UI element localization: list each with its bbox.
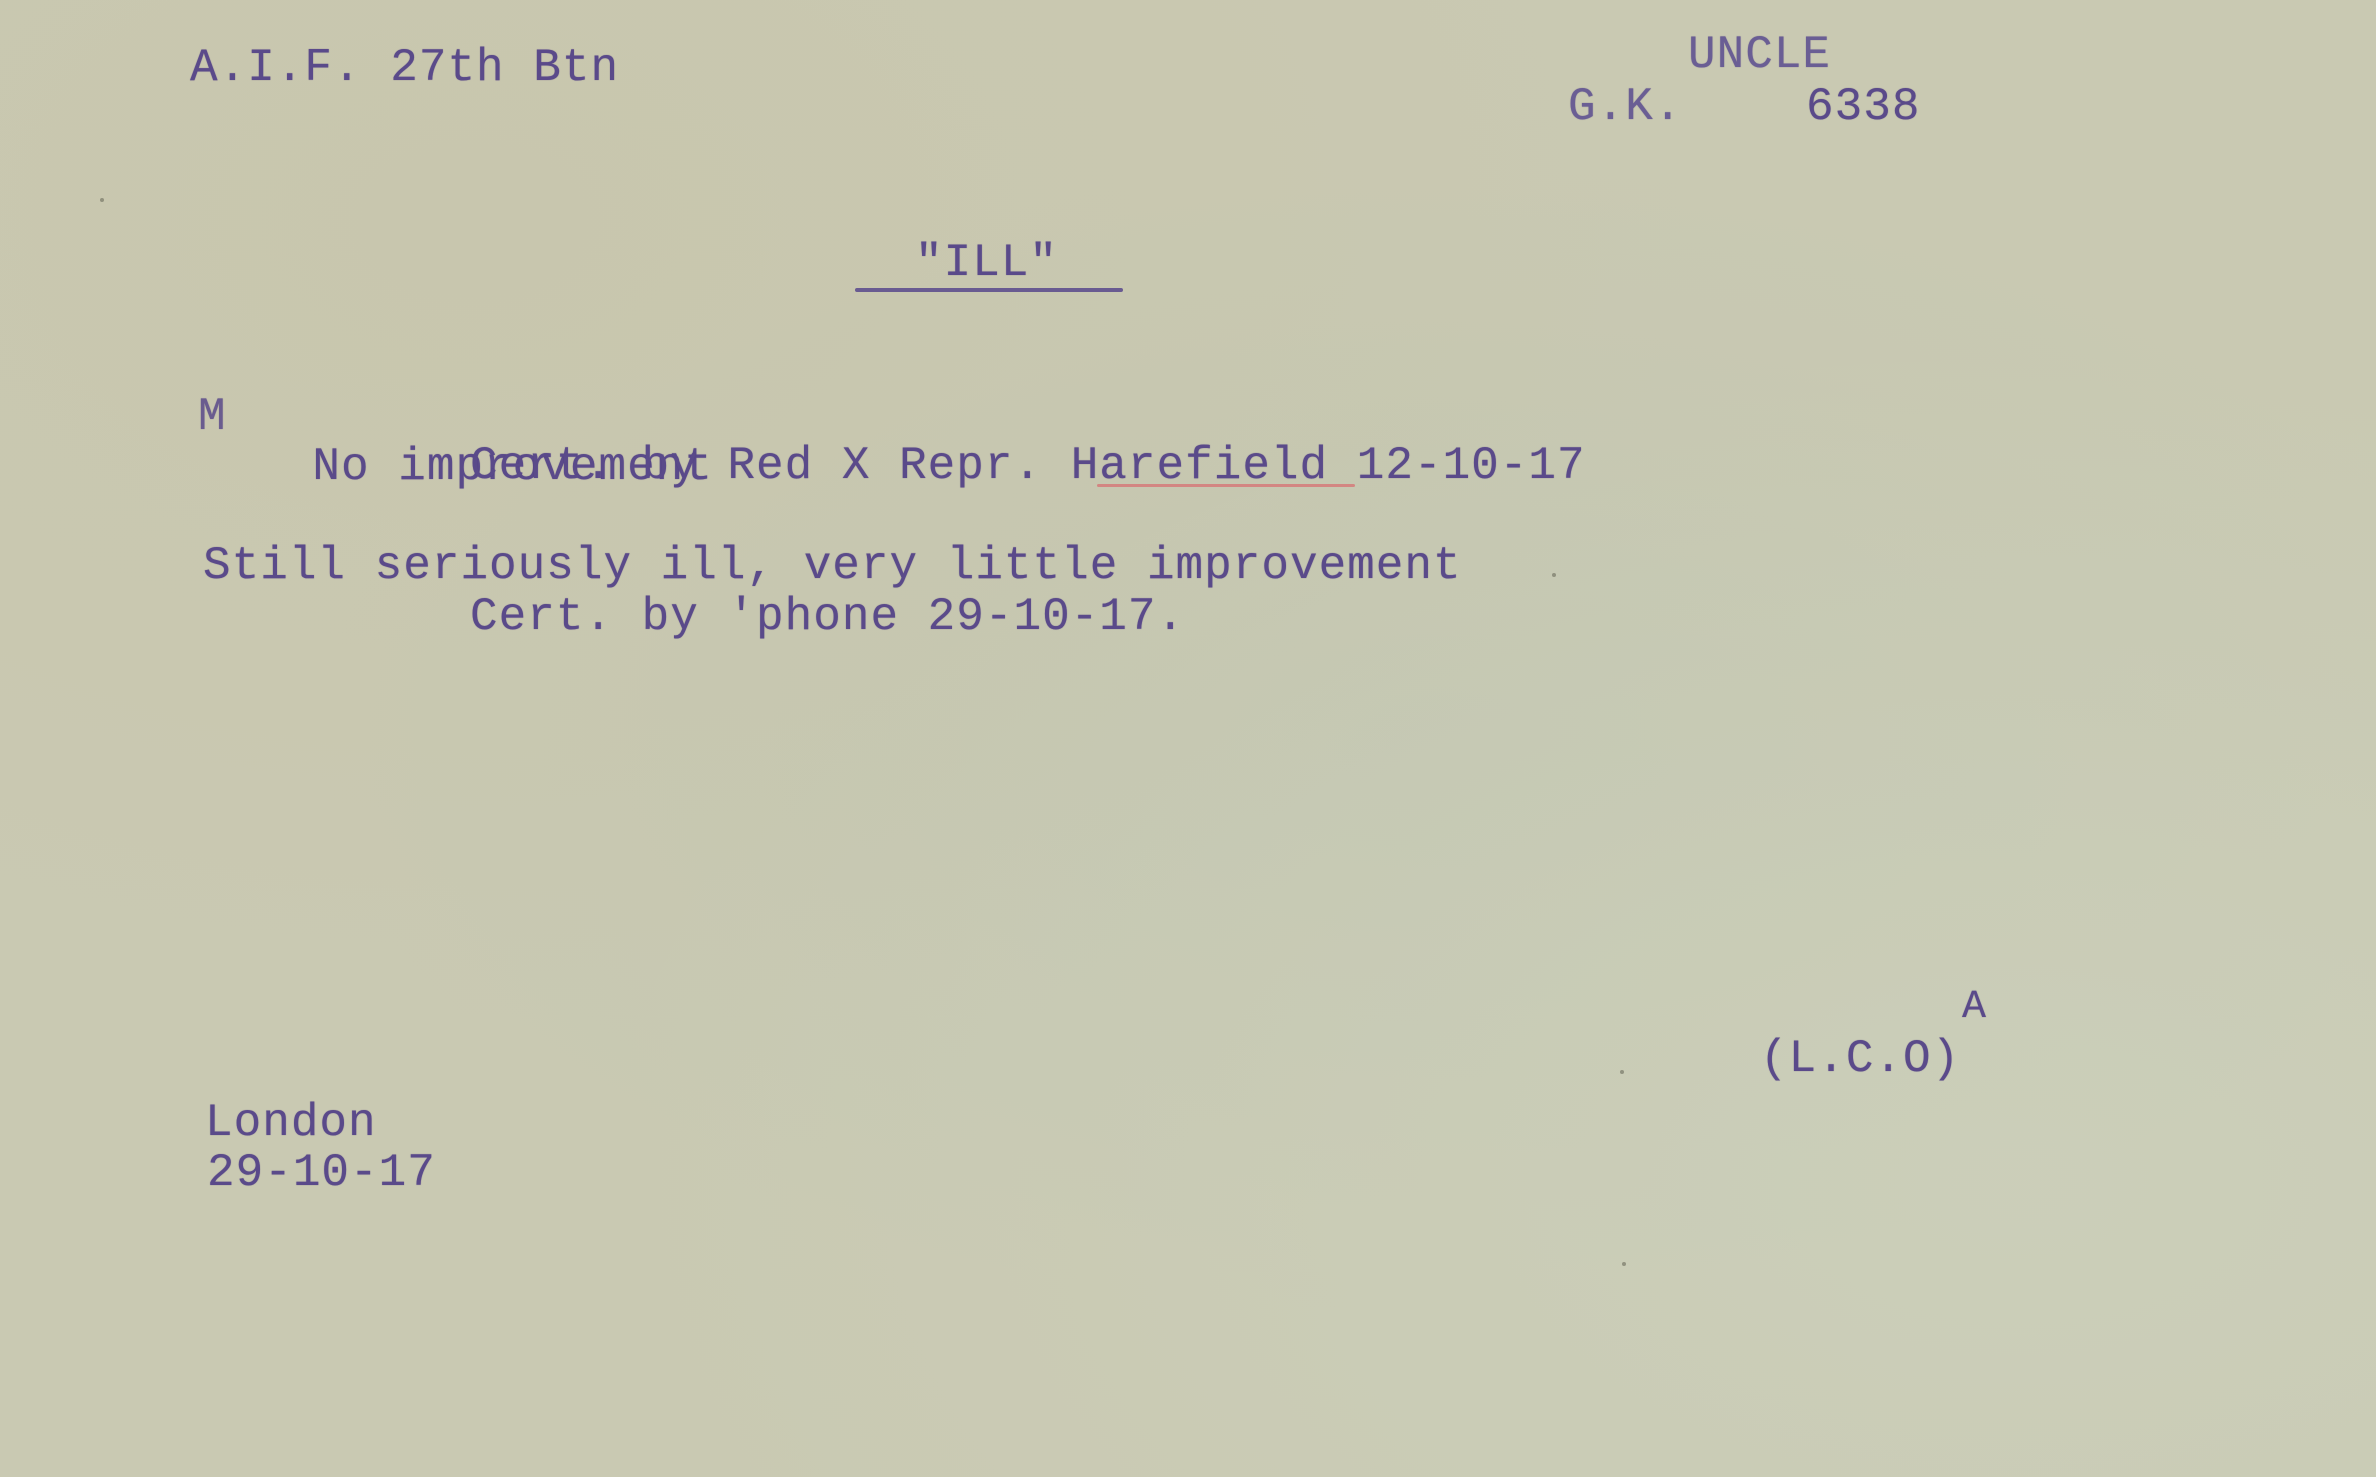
record-card: A.I.F. 27th Btn UNCLE G.K. 6338 "ILL" MN… (0, 0, 2376, 1477)
unit-label: A.I.F. 27th Btn (190, 45, 619, 91)
strikeover-mark: M (198, 394, 227, 440)
entry-2-report: Still seriously ill, very little improve… (203, 543, 1462, 589)
paper-speck (100, 198, 104, 202)
heading-underline (855, 288, 1123, 292)
initials: G.K. (1568, 84, 1682, 130)
red-pencil-underline (1097, 484, 1355, 487)
status-heading: "ILL" (915, 240, 1058, 286)
office-code-superscript: A (1962, 988, 1987, 1028)
paper-speck (1622, 1262, 1626, 1266)
office-code: (L.C.O) (1760, 1036, 1960, 1082)
cert-date: 12-10-17 (1328, 440, 1585, 492)
surname: UNCLE (1688, 32, 1831, 78)
date: 29-10-17 (207, 1150, 436, 1196)
service-number: 6338 (1806, 84, 1920, 130)
entry-2-certification: Cert. by 'phone 29-10-17. (470, 594, 1185, 640)
paper-speck (1620, 1070, 1624, 1074)
entry-1-certification: Cert. by Red X Repr. Harefield 12-10-17 (470, 443, 1586, 489)
place: London (205, 1100, 377, 1146)
paper-speck (1552, 573, 1556, 577)
cert-text: Cert. by Red X Repr. (470, 440, 1071, 492)
